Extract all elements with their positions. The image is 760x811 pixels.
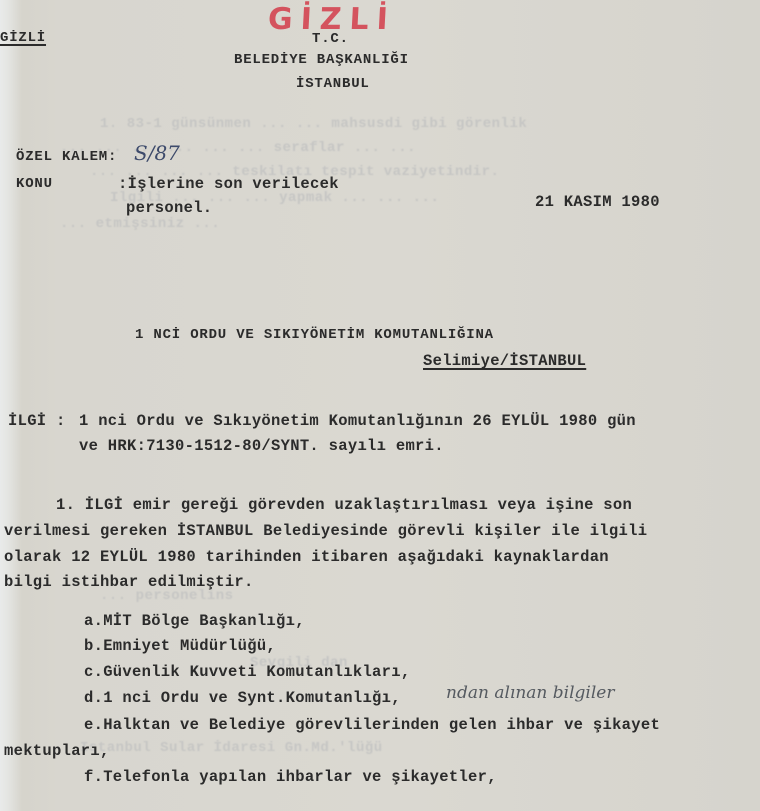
source-item-b: b.Emniyet Müdürlüğü,	[84, 637, 276, 655]
konu-line-1: :İşlerine son verilecek	[118, 175, 339, 193]
source-item-a: a.MİT Bölge Başkanlığı,	[84, 612, 305, 630]
header-institution: BELEDİYE BAŞKANLIĞI	[234, 52, 409, 68]
handwritten-note: ndan alınan bilgiler	[446, 683, 614, 703]
addressee-line-1: 1 NCİ ORDU VE SIKIYÖNETİM KOMUTANLIĞINA	[135, 327, 494, 343]
classification-label: GİZLİ	[0, 30, 46, 46]
bleed-through-line: Istanbul Sular İdaresi Gn.Md.'lüğü	[80, 740, 383, 756]
konu-label: KONU	[16, 176, 53, 192]
ozel-kalem-value: S/87	[134, 141, 180, 165]
source-item-e: e.Halktan ve Belediye görevlilerinden ge…	[84, 716, 660, 734]
paragraph-line: 1. İLGİ emir gereği görevden uzaklaştırı…	[56, 496, 632, 514]
konu-line-2: personel.	[126, 199, 212, 217]
source-item-d: d.1 nci Ordu ve Synt.Komutanlığı,	[84, 689, 401, 707]
ilgi-line-2: ve HRK:7130-1512-80/SYNT. sayılı emri.	[79, 437, 444, 455]
ozel-kalem-label: ÖZEL KALEM:	[16, 149, 117, 165]
source-item-f: f.Telefonla yapılan ihbarlar ve şikayetl…	[84, 768, 497, 786]
header-city: İSTANBUL	[296, 76, 370, 92]
source-item-c: c.Güvenlik Kuvveti Komutanlıkları,	[84, 663, 410, 681]
ilgi-line-1: 1 nci Ordu ve Sıkıyönetim Komutanlığının…	[79, 412, 636, 430]
bleed-through-line: ... etmişsiniz ...	[60, 216, 220, 232]
addressee-line-2: Selimiye/İSTANBUL	[423, 352, 586, 370]
bleed-through-line: 1. 83-1 günsünmen ... ... mahsusdi gibi …	[100, 116, 527, 132]
paragraph-line: verilmesi gereken İSTANBUL Belediyesinde…	[4, 522, 647, 540]
document-date: 21 KASIM 1980	[535, 193, 660, 211]
paragraph-line: bilgi istihbar edilmiştir.	[4, 573, 254, 591]
paragraph-line: olarak 12 EYLÜL 1980 tarihinden itibaren…	[4, 548, 609, 566]
header-tc: T.C.	[312, 31, 349, 47]
source-item-e-continued: mektupları,	[4, 742, 110, 760]
ilgi-label: İLGİ :	[8, 412, 66, 430]
